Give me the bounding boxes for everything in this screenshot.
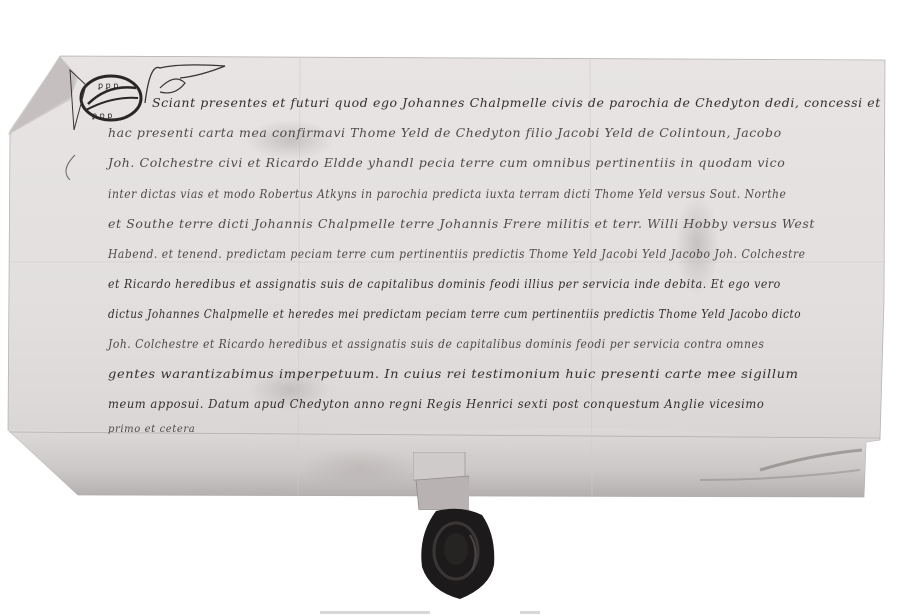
charter-line-8: dictus Johannes Chalpmelle et heredes me… bbox=[108, 306, 801, 321]
seal-tag-strip bbox=[413, 452, 469, 510]
svg-text:ꝑ ꝑ ꝑ: ꝑ ꝑ ꝑ bbox=[97, 81, 118, 90]
wax-seal-icon bbox=[416, 505, 496, 599]
scan-edge-line bbox=[320, 611, 430, 614]
charter-line-3: Joh. Colchestre civi et Ricardo Eldde yh… bbox=[108, 155, 785, 170]
charter-line-2: hac presenti carta mea confirmavi Thome … bbox=[108, 125, 782, 140]
scan-edge-line bbox=[520, 611, 540, 614]
charter-line-5: et Southe terre dicti Johannis Chalpmell… bbox=[108, 216, 815, 231]
svg-text:ꝑ ꝑ ꝑ: ꝑ ꝑ ꝑ bbox=[91, 111, 112, 120]
charter-line-10: gentes warantizabimus imperpetuum. In cu… bbox=[108, 366, 799, 381]
charter-line-11: meum apposui. Datum apud Chedyton anno r… bbox=[108, 396, 764, 411]
charter-photograph: ꝑ ꝑ ꝑ ꝑ ꝑ ꝑ Sciant presentes et futuri q… bbox=[0, 0, 915, 616]
charter-line-7: et Ricardo heredibus et assignatis suis … bbox=[108, 276, 781, 291]
charter-line-12: primo et cetera bbox=[108, 424, 195, 435]
margin-pen-stroke-icon bbox=[30, 60, 90, 180]
charter-line-1: Sciant presentes et futuri quod ego Joha… bbox=[152, 95, 881, 110]
charter-line-4: inter dictas vias et modo Robertus Atkyn… bbox=[108, 186, 786, 201]
charter-line-9: Joh. Colchestre et Ricardo heredibus et … bbox=[108, 336, 764, 351]
charter-line-6: Habend. et tenend. predictam peciam terr… bbox=[108, 246, 805, 261]
